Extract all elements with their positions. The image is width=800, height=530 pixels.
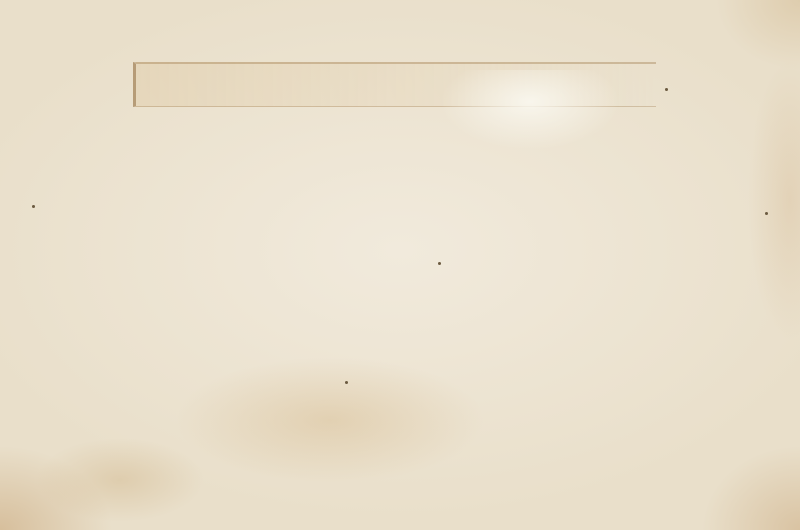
spot — [665, 88, 668, 91]
aged-paper-background — [0, 0, 800, 530]
spot — [32, 205, 35, 208]
spot — [345, 381, 348, 384]
spot — [765, 212, 768, 215]
spot — [438, 262, 441, 265]
peeled-area — [440, 70, 620, 150]
